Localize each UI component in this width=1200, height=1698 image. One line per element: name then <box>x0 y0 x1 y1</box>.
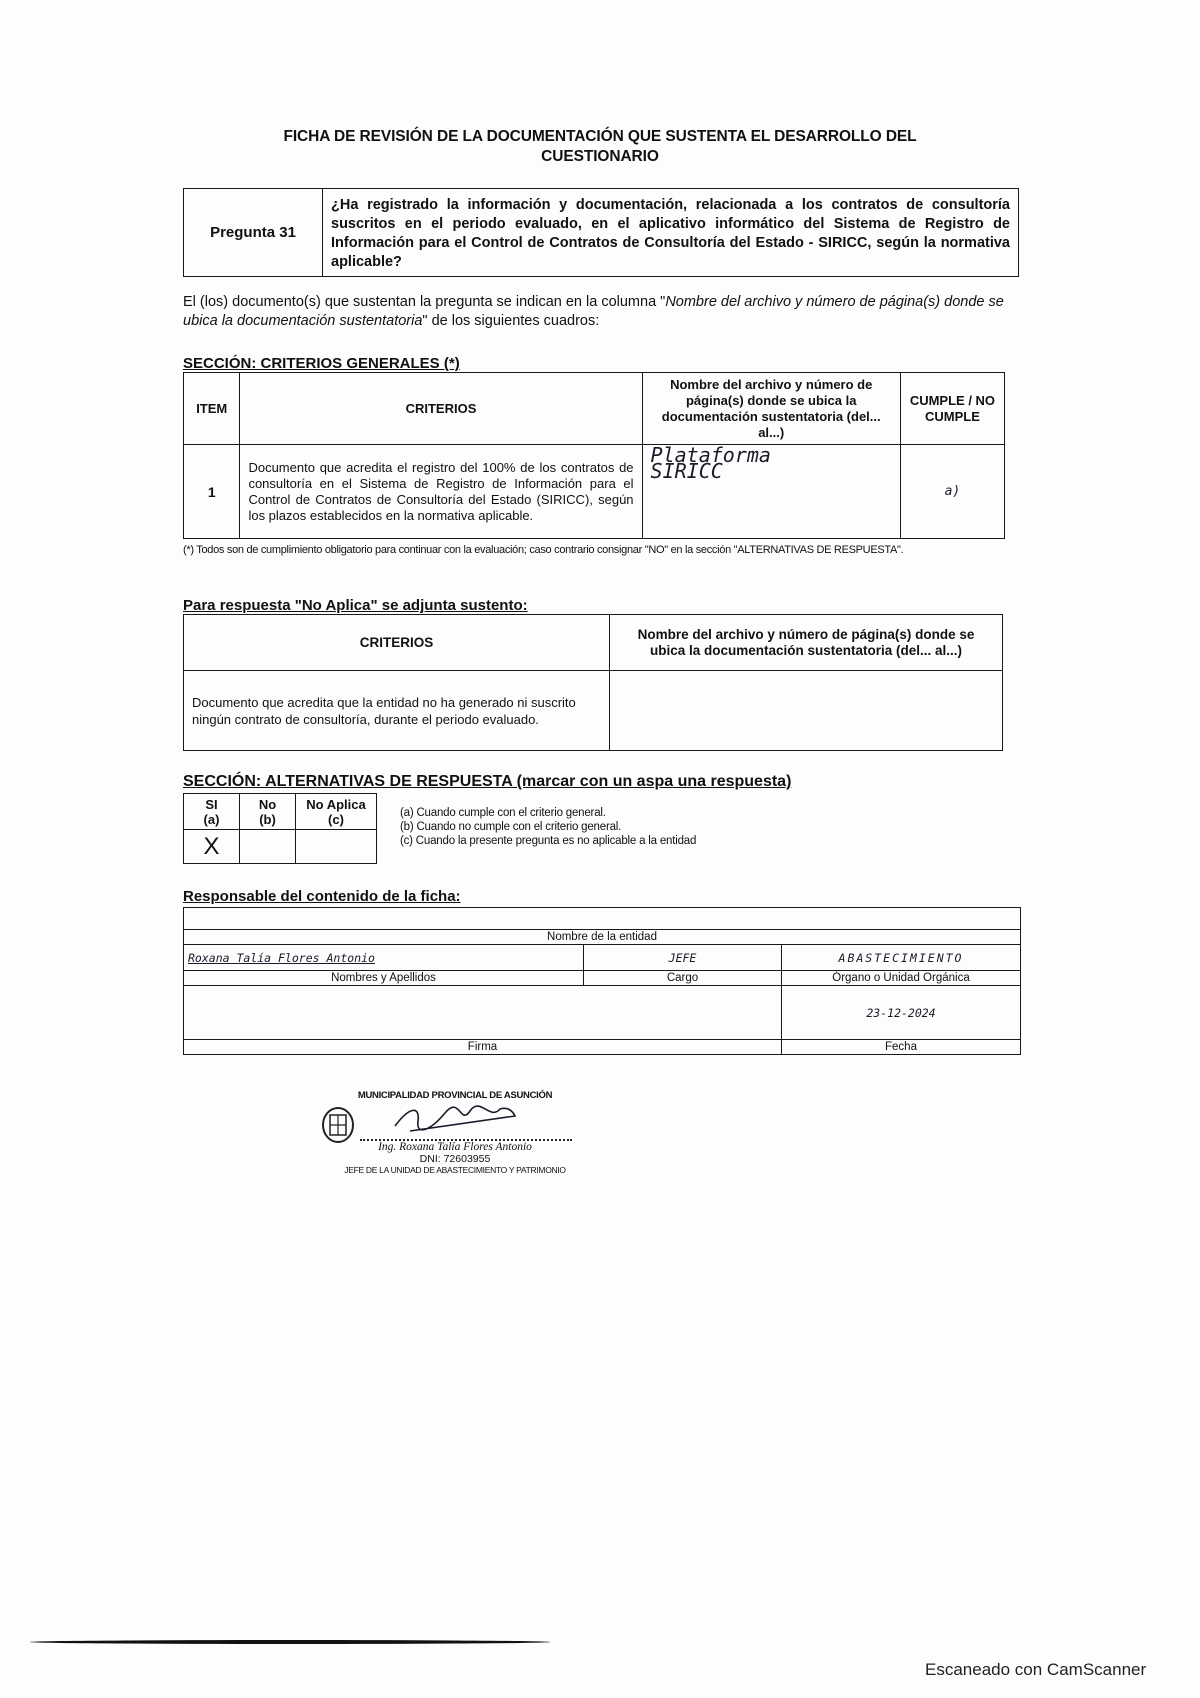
stamp-entity: MUNICIPALIDAD PROVINCIAL DE ASUNCIÓN <box>320 1090 590 1101</box>
na-row-archivo[interactable] <box>610 671 1003 751</box>
option-no-header: No(b) <box>240 794 296 830</box>
camscanner-watermark: Escaneado con CamScanner <box>925 1660 1146 1680</box>
title-line-1: FICHA DE REVISIÓN DE LA DOCUMENTACIÓN QU… <box>200 127 1000 147</box>
organo-label: Órgano o Unidad Orgánica <box>782 971 1021 986</box>
table-row: Documento que acredita que la entidad no… <box>184 671 1003 751</box>
document-title: FICHA DE REVISIÓN DE LA DOCUMENTACIÓN QU… <box>200 127 1000 167</box>
option-si-mark[interactable]: X <box>184 830 240 864</box>
criterios-generales-heading: SECCIÓN: CRITERIOS GENERALES (*) <box>183 355 460 372</box>
legend-b: (b) Cuando no cumple con el criterio gen… <box>400 820 696 834</box>
no-aplica-heading: Para respuesta "No Aplica" se adjunta su… <box>183 597 528 614</box>
fecha-value[interactable]: 23-12-2024 <box>782 986 1021 1040</box>
signature-scribble-icon <box>390 1101 520 1139</box>
row-criterio: Documento que acredita el registro del 1… <box>240 445 642 539</box>
criterios-generales-table: ITEM CRITERIOS Nombre del archivo y núme… <box>183 372 1005 539</box>
option-na-header: No Aplica(c) <box>296 794 377 830</box>
col-item: ITEM <box>184 373 240 445</box>
na-col-criterios: CRITERIOS <box>184 615 610 671</box>
col-criterios: CRITERIOS <box>240 373 642 445</box>
responsable-table: Nombre de la entidad Roxana Talía Flores… <box>183 907 1021 1055</box>
organo-value[interactable]: ABASTECIMIENTO <box>782 945 1021 971</box>
na-col-archivo: Nombre del archivo y número de página(s)… <box>610 615 1003 671</box>
responsable-heading: Responsable del contenido de la ficha: <box>183 888 461 905</box>
alternativas-legend: (a) Cuando cumple con el criterio genera… <box>400 806 696 848</box>
alternativas-heading: SECCIÓN: ALTERNATIVAS DE RESPUESTA (marc… <box>183 773 791 791</box>
firma-label: Firma <box>184 1040 782 1055</box>
stamp-name: Ing. Roxana Talía Flores Antonio <box>320 1141 590 1153</box>
question-table: Pregunta 31 ¿Ha registrado la informació… <box>183 188 1019 277</box>
entidad-value[interactable] <box>184 908 1021 930</box>
question-text: ¿Ha registrado la información y document… <box>323 189 1019 277</box>
archivo-handwritten-2: SIRICC <box>651 463 892 479</box>
signature <box>320 1101 590 1139</box>
intro-text-1: El (los) documento(s) que sustentan la p… <box>183 294 665 310</box>
fecha-label: Fecha <box>782 1040 1021 1055</box>
col-archivo: Nombre del archivo y número de página(s)… <box>642 373 900 445</box>
alternativas-table: SI(a) No(b) No Aplica(c) X <box>183 793 377 864</box>
entidad-label: Nombre de la entidad <box>184 930 1021 945</box>
no-aplica-table: CRITERIOS Nombre del archivo y número de… <box>183 614 1003 751</box>
row-cumple: a) <box>900 445 1004 539</box>
legend-a: (a) Cuando cumple con el criterio genera… <box>400 806 696 820</box>
option-no-mark[interactable] <box>240 830 296 864</box>
signature-stamp: MUNICIPALIDAD PROVINCIAL DE ASUNCIÓN Ing… <box>320 1090 590 1175</box>
option-si-header: SI(a) <box>184 794 240 830</box>
cargo-value[interactable]: JEFE <box>584 945 782 971</box>
row-item: 1 <box>184 445 240 539</box>
intro-paragraph: El (los) documento(s) que sustentan la p… <box>183 293 1023 331</box>
firma-value[interactable] <box>184 986 782 1040</box>
scan-artifact-line <box>30 1640 550 1644</box>
intro-text-2: " de los siguientes cuadros: <box>422 313 599 329</box>
nombre-value[interactable]: Roxana Talía Flores Antonio <box>184 945 584 971</box>
row-archivo: Plataforma SIRICC <box>642 445 900 539</box>
na-row-criterio: Documento que acredita que la entidad no… <box>184 671 610 751</box>
stamp-dni: DNI: 72603955 <box>320 1153 590 1165</box>
table-row: 1 Documento que acredita el registro del… <box>184 445 1005 539</box>
coat-of-arms-icon <box>320 1105 356 1145</box>
legend-c: (c) Cuando la presente pregunta es no ap… <box>400 834 696 848</box>
col-cumple: CUMPLE / NO CUMPLE <box>900 373 1004 445</box>
option-na-mark[interactable] <box>296 830 377 864</box>
title-line-2: CUESTIONARIO <box>200 147 1000 167</box>
question-label: Pregunta 31 <box>184 189 323 277</box>
cargo-label: Cargo <box>584 971 782 986</box>
obligatorio-note: (*) Todos son de cumplimiento obligatori… <box>183 544 1023 557</box>
nombre-label: Nombres y Apellidos <box>184 971 584 986</box>
stamp-position: JEFE DE LA UNIDAD DE ABASTECIMIENTO Y PA… <box>320 1165 590 1175</box>
